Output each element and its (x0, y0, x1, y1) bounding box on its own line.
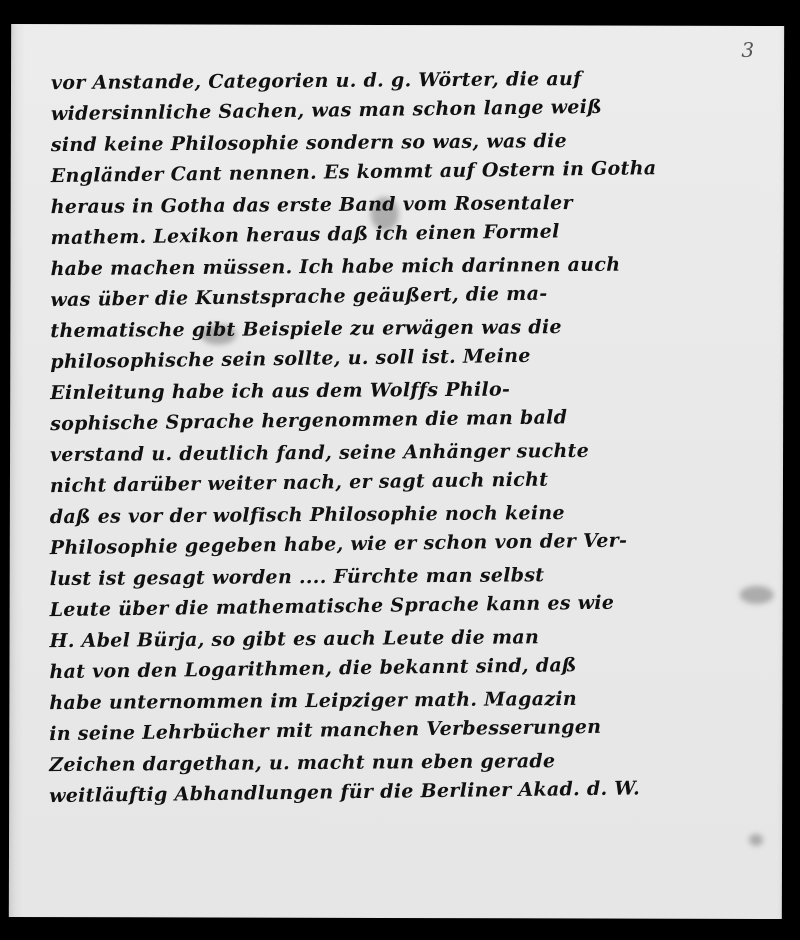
ink-smudge (749, 834, 763, 846)
manuscript-page: 3 vor Anstande, Categorien u. d. g. Wört… (9, 24, 784, 919)
manuscript-scan: 3 vor Anstande, Categorien u. d. g. Wört… (0, 0, 800, 940)
page-number: 3 (741, 38, 754, 62)
handwritten-text: vor Anstande, Categorien u. d. g. Wörter… (49, 68, 771, 814)
